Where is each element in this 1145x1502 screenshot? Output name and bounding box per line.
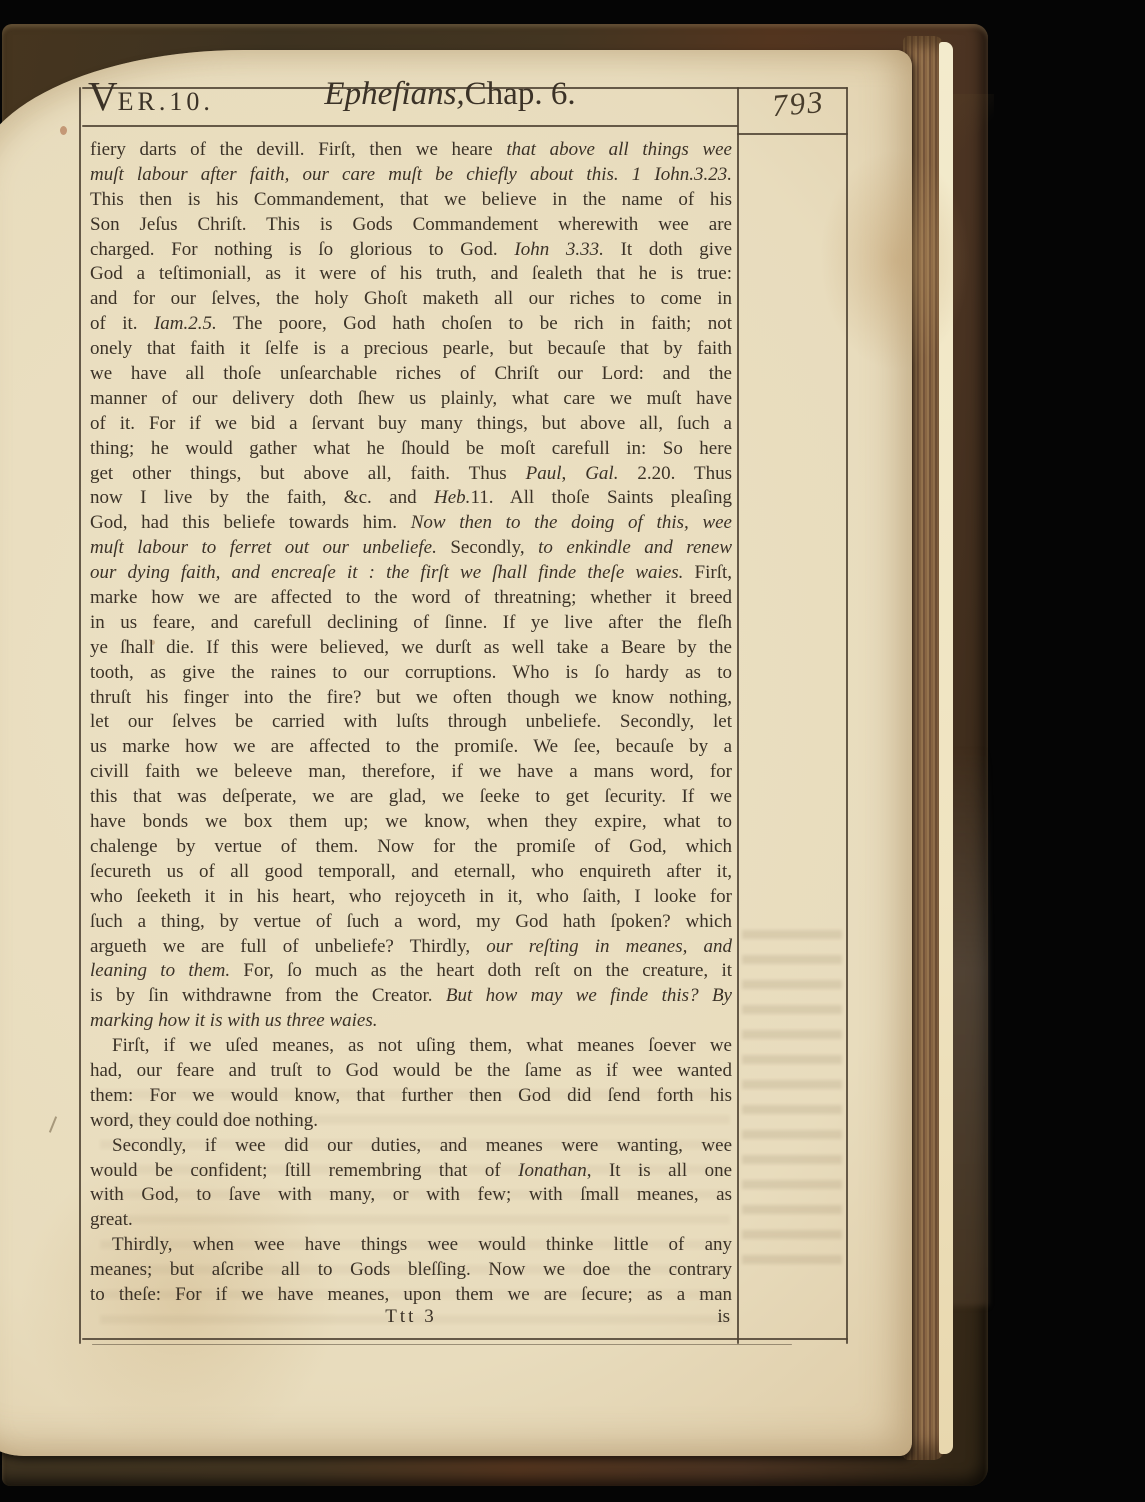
roman-segment: Firſt, if we uſed meanes, as not uſing t… [112,1035,732,1056]
text-line: Son Jeſus Chriſt. This is Gods Commandem… [90,213,732,238]
roman-segment: of it. For if we bid a ſervant buy many … [90,413,732,434]
roman-segment: For, ſo much as the heart doth reſt on t… [230,960,732,981]
text-line: civill faith we beleeve man, therefore, … [90,760,732,785]
roman-segment: with God, to ſave with many, or with few… [90,1184,732,1205]
text-line: God a teſtimoniall, as it were of his tr… [90,262,732,287]
roman-segment: This then is his Commandement, that we b… [90,189,732,210]
roman-segment: us marke how we are affected to the prom… [90,736,732,757]
roman-segment: meanes; but aſcribe all to Gods bleſſing… [90,1259,732,1280]
chapter-name: Chap. 6. [465,76,576,112]
text-line: leaning to them. For, ſo much as the hea… [90,959,732,984]
text-line: who ſeeketh it in his heart, who rejoyce… [90,885,732,910]
text-line: ſuch a thing, by vertue of ſuch a word, … [90,910,732,935]
italic-segment: our reſting in meanes, and [486,936,732,957]
text-line: marking how it is with us three waies. [90,1009,732,1034]
roman-segment: argueth we are full of unbeliefe? Thirdl… [90,936,486,957]
roman-segment: onely that faith it ſelfe is a precious … [90,338,732,359]
text-line: of it. Iam.2.5. The poore, God hath choſ… [90,312,732,337]
text-line: onely that faith it ſelfe is a precious … [90,337,732,362]
roman-segment: ſuch a thing, by vertue of ſuch a word, … [90,911,732,932]
italic-segment: Heb. [434,487,470,508]
roman-segment: fiery darts of the devill. Firſt, then w… [90,139,506,160]
frame-rule-header [82,125,738,127]
text-line: charged. For nothing is ſo glorious to G… [90,238,732,263]
frame-rule-column [737,87,739,1344]
roman-segment: Thirdly, when wee have things wee would … [112,1234,732,1255]
roman-segment: now I live by the faith, &c. and [90,487,434,508]
roman-segment: let our ſelves be carried with luſts thr… [90,711,732,732]
text-line: muſt labour after faith, our care muſt b… [90,163,732,188]
frame-rule-left [79,87,81,1344]
roman-segment: chalenge by vertue of them. Now for the … [90,836,732,857]
roman-segment: , [562,463,586,484]
text-line: in us feare, and carefull declining of ſ… [90,611,732,636]
roman-segment: and for our ſelves, the holy Ghoſt maket… [90,288,732,309]
roman-segment: have bonds we box them up; we know, when… [90,811,732,832]
text-line: argueth we are full of unbeliefe? Thirdl… [90,935,732,960]
frame-rule-bottom [82,1338,848,1340]
roman-segment: would be confident; ſtill remembring tha… [90,1160,518,1181]
text-line: now I live by the faith, &c. and Heb.11.… [90,486,732,511]
text-line: let our ſelves be carried with luſts thr… [90,710,732,735]
roman-segment: word, they could doe nothing. [90,1110,318,1131]
italic-segment: muſt labour after faith, our care muſt b… [90,164,732,185]
roman-segment: , It is all one [587,1160,732,1181]
roman-segment: to theſe: For if we have meanes, upon th… [90,1284,732,1305]
page-number: 793 [771,84,826,124]
italic-segment: Iam.2.5. [154,313,217,334]
book-name: Epheſians, [324,76,464,112]
text-line: word, they could doe nothing. [90,1109,732,1134]
roman-segment: Secondly, if wee did our duties, and mea… [112,1135,732,1156]
text-line: ye ſhall die. If this were believed, we … [90,636,732,661]
italic-segment: muſt labour to ferret out our unbeliefe. [90,537,437,558]
italic-segment: Iohn 3.33. [514,239,604,260]
signature-mark: Ttt 3 [90,1306,732,1328]
text-line: is by ſin withdrawne from the Creator. B… [90,984,732,1009]
text-line: tooth, as give the raines to our corrupt… [90,661,732,686]
text-line: of it. For if we bid a ſervant buy many … [90,412,732,437]
roman-segment: ye ſhall die. If this were believed, we … [90,637,732,658]
roman-segment: we have all thoſe unſearchable riches of… [90,363,732,384]
italic-segment: marking how it is with us three waies. [90,1010,377,1031]
roman-segment: great. [90,1209,133,1230]
text-line: God, had this beliefe towards him. Now t… [90,511,732,536]
roman-segment: Son Jeſus Chriſt. This is Gods Commandem… [90,214,732,235]
italic-segment: that above all things wee [506,139,732,160]
text-line: to theſe: For if we have meanes, upon th… [90,1283,732,1308]
roman-segment: charged. For nothing is ſo glorious to G… [90,239,514,260]
italic-segment: But how may we finde this? By [446,985,732,1006]
italic-segment: Gal. [585,463,618,484]
roman-segment: this that was deſperate, we are glad, we… [90,786,732,807]
text-line: them: For we would know, that further th… [90,1084,732,1109]
text-line: This then is his Commandement, that we b… [90,188,732,213]
text-line: had, our feare and truſt to God would be… [90,1059,732,1084]
roman-segment: Secondly, [437,537,538,558]
roman-segment: get other things, but above all, faith. … [90,463,526,484]
verse-initial: V [88,73,118,119]
text-line: manner of our delivery doth ſhew us plai… [90,387,732,412]
catchword: is [717,1306,730,1328]
roman-segment: ſecureth us of all good temporall, and e… [90,861,732,882]
text-line: Thirdly, when wee have things wee would … [90,1233,732,1258]
text-line: ſecureth us of all good temporall, and e… [90,860,732,885]
text-line: chalenge by vertue of them. Now for the … [90,835,732,860]
roman-segment: The poore, God hath choſen to be rich in… [217,313,732,334]
roman-segment: thing; he would gather what he ſhould be… [90,438,732,459]
text-line: Firſt, if we uſed meanes, as not uſing t… [90,1034,732,1059]
roman-segment: God, had this beliefe towards him. [90,512,411,533]
text-line: our dying faith, and encreaſe it : the f… [90,561,732,586]
text-line: and for our ſelves, the holy Ghoſt maket… [90,287,732,312]
roman-segment: who ſeeketh it in his heart, who rejoyce… [90,886,732,907]
roman-segment: tooth, as give the raines to our corrupt… [90,662,732,683]
text-line: thing; he would gather what he ſhould be… [90,437,732,462]
roman-segment: is by ſin withdrawne from the Creator. [90,985,446,1006]
roman-segment: 11. All thoſe Saints pleaſing [470,487,732,508]
text-column: fiery darts of the devill. Firſt, then w… [90,138,732,1308]
roman-segment: in us feare, and carefull declining of ſ… [90,612,732,633]
direction-line: Ttt 3 is [90,1306,732,1332]
verse-rest: ER.10. [118,87,214,116]
italic-segment: Now then to the doing of this, wee [411,512,732,533]
roman-segment: 2.20. Thus [618,463,732,484]
text-line: marke how we are affected to the word of… [90,586,732,611]
roman-segment: of it. [90,313,154,334]
roman-segment: had, our feare and truſt to God would be… [90,1060,732,1081]
roman-segment: It doth give [604,239,732,260]
text-line: Secondly, if wee did our duties, and mea… [90,1134,732,1159]
text-line: get other things, but above all, faith. … [90,462,732,487]
running-head-title: Epheſians,Chap. 6. [240,74,660,114]
italic-segment: leaning to them. [90,960,230,981]
book-photograph: VER.10. Epheſians,Chap. 6. 793 fiery dar… [0,0,1145,1502]
text-line: with God, to ſave with many, or with few… [90,1183,732,1208]
roman-segment: Firſt, [683,562,732,583]
text-line: this that was deſperate, we are glad, we… [90,785,732,810]
text-line: us marke how we are affected to the prom… [90,735,732,760]
text-line: we have all thoſe unſearchable riches of… [90,362,732,387]
roman-segment: marke how we are affected to the word of… [90,587,732,608]
italic-segment: Paul [526,463,562,484]
frame-rule-header-margin [737,133,848,135]
frame-rule-bottom-double [92,1344,792,1345]
text-line: great. [90,1208,732,1233]
roman-segment: God a teſtimoniall, as it were of his tr… [90,263,732,284]
text-line: meanes; but aſcribe all to Gods bleſſing… [90,1258,732,1283]
text-line: thruſt his finger into the fire? but we … [90,686,732,711]
text-line: muſt labour to ferret out our unbeliefe.… [90,536,732,561]
roman-segment: them: For we would know, that further th… [90,1085,732,1106]
italic-segment: our dying faith, and encreaſe it : the f… [90,562,683,583]
running-head-verse: VER.10. [88,76,214,117]
italic-segment: Ionathan [518,1160,587,1181]
text-line: have bonds we box them up; we know, when… [90,810,732,835]
guard-leaf-edge [939,42,953,1454]
text-line: fiery darts of the devill. Firſt, then w… [90,138,732,163]
text-line: would be confident; ſtill remembring tha… [90,1159,732,1184]
italic-segment: to enkindle and renew [538,537,732,558]
frame-rule-right [846,87,848,1344]
roman-segment: manner of our delivery doth ſhew us plai… [90,388,732,409]
roman-segment: civill faith we beleeve man, therefore, … [90,761,732,782]
roman-segment: thruſt his finger into the fire? but we … [90,687,732,708]
